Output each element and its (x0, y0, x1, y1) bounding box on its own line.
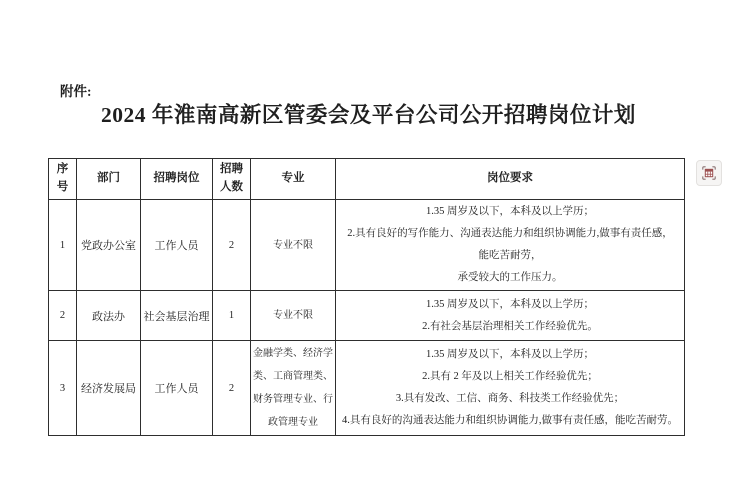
cell-headcount: 2 (213, 341, 251, 436)
requirement-line: 2.有社会基层治理相关工作经验优先。 (338, 316, 682, 338)
attachment-label: 附件: (60, 80, 92, 100)
table-view-button[interactable] (696, 160, 722, 186)
column-header-major: 专业 (251, 159, 336, 200)
cell-headcount: 2 (213, 200, 251, 291)
cell-major: 金融学类、经济学类、工商管理类、财务管理专业、行政管理专业 (251, 341, 336, 436)
cell-no: 1 (49, 200, 77, 291)
requirement-line: 3.具有发改、工信、商务、科技类工作经验优先； (338, 388, 682, 410)
table-row: 1党政办公室工作人员2专业不限1.35 周岁及以下，本科及以上学历；2.具有良好… (49, 200, 685, 291)
table-row: 3经济发展局工作人员2金融学类、经济学类、工商管理类、财务管理专业、行政管理专业… (49, 341, 685, 436)
cell-no: 3 (49, 341, 77, 436)
column-header-department: 部门 (77, 159, 141, 200)
cell-position: 工作人员 (141, 200, 213, 291)
cell-department: 党政办公室 (77, 200, 141, 291)
cell-requirements: 1.35 周岁及以下，本科及以上学历；2.具有良好的写作能力、沟通表达能力和组织… (336, 200, 685, 291)
cell-department: 经济发展局 (77, 341, 141, 436)
column-header-requirements: 岗位要求 (336, 159, 685, 200)
column-header-position: 招聘岗位 (141, 159, 213, 200)
requirement-line: 能吃苦耐劳， (338, 245, 682, 267)
table-fullscreen-icon (701, 165, 717, 181)
cell-requirements: 1.35 周岁及以下，本科及以上学历；2.具有 2 年及以上相关工作经验优先；3… (336, 341, 685, 436)
cell-no: 2 (49, 291, 77, 341)
table-body: 1党政办公室工作人员2专业不限1.35 周岁及以下，本科及以上学历；2.具有良好… (49, 200, 685, 436)
cell-major: 专业不限 (251, 200, 336, 291)
table-row: 2政法办社会基层治理1专业不限1.35 周岁及以下，本科及以上学历；2.有社会基… (49, 291, 685, 341)
cell-major: 专业不限 (251, 291, 336, 341)
requirement-line: 1.35 周岁及以下，本科及以上学历； (338, 344, 682, 366)
requirement-line: 2.具有 2 年及以上相关工作经验优先； (338, 366, 682, 388)
page-title: 2024 年淮南高新区管委会及平台公司公开招聘岗位计划 (0, 98, 737, 129)
column-header-no: 序 号 (49, 159, 77, 200)
requirement-line: 1.35 周岁及以下，本科及以上学历； (338, 201, 682, 223)
cell-headcount: 1 (213, 291, 251, 341)
column-header-headcount: 招聘 人数 (213, 159, 251, 200)
cell-requirements: 1.35 周岁及以下，本科及以上学历；2.有社会基层治理相关工作经验优先。 (336, 291, 685, 341)
cell-position: 工作人员 (141, 341, 213, 436)
requirement-line: 2.具有良好的写作能力、沟通表达能力和组织协调能力,做事有责任感， (338, 223, 682, 245)
table-header-row: 序 号 部门 招聘岗位 招聘 人数 专业 岗位要求 (49, 159, 685, 200)
recruitment-table: 序 号 部门 招聘岗位 招聘 人数 专业 岗位要求 1党政办公室工作人员2专业不… (48, 158, 685, 436)
cell-department: 政法办 (77, 291, 141, 341)
requirement-line: 4.具有良好的沟通表达能力和组织协调能力,做事有责任感，能吃苦耐劳。 (338, 410, 682, 432)
requirement-line: 承受较大的工作压力。 (338, 267, 682, 289)
cell-position: 社会基层治理 (141, 291, 213, 341)
requirement-line: 1.35 周岁及以下，本科及以上学历； (338, 294, 682, 316)
